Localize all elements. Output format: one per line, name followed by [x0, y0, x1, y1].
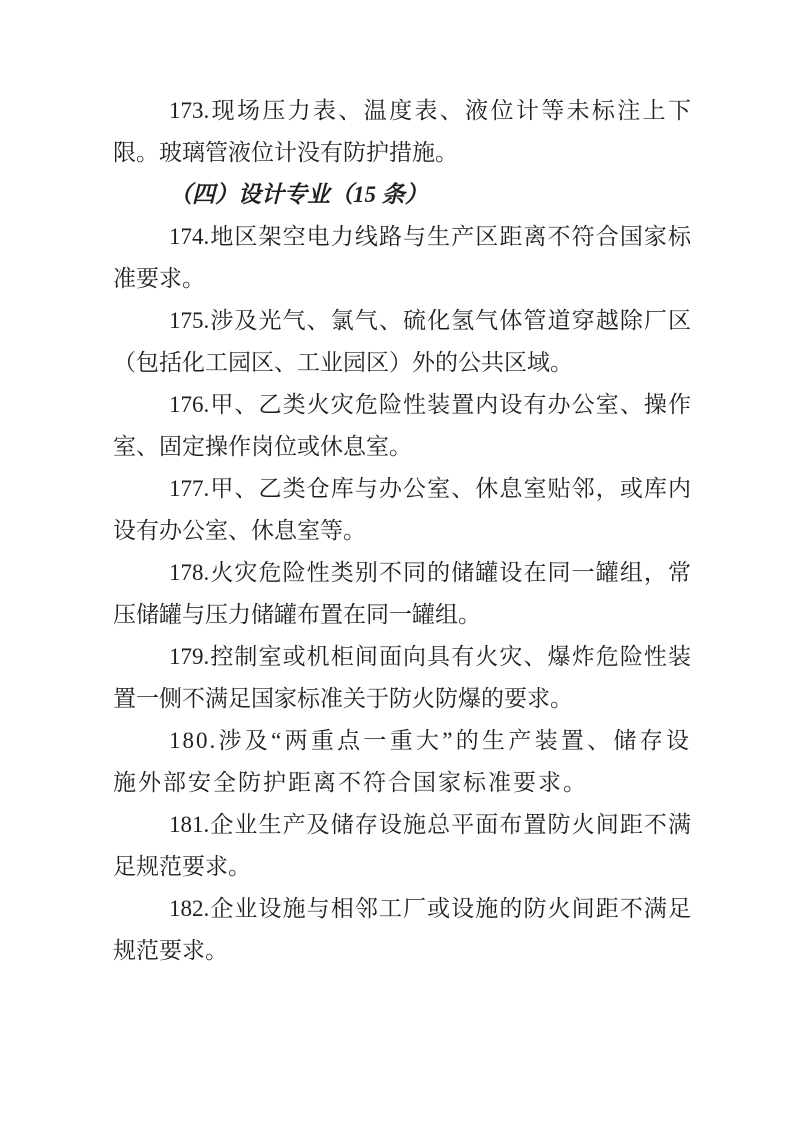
- list-item: 182.企业设施与相邻工厂或设施的防火间距不满足规范要求。: [113, 888, 691, 972]
- list-item: 180.涉及“两重点一重大”的生产装置、储存设施外部安全防护距离不符合国家标准要…: [113, 720, 691, 804]
- list-item: 175.涉及光气、氯气、硫化氢气体管道穿越除厂区（包括化工园区、工业园区）外的公…: [113, 300, 691, 384]
- list-item: 176.甲、乙类火灾危险性装置内设有办公室、操作室、固定操作岗位或休息室。: [113, 384, 691, 468]
- document-content: 173.现场压力表、温度表、液位计等未标注上下限。玻璃管液位计没有防护措施。（四…: [113, 90, 691, 972]
- list-item: 181.企业生产及储存设施总平面布置防火间距不满足规范要求。: [113, 804, 691, 888]
- section-heading: （四）设计专业（15 条）: [113, 174, 691, 216]
- list-item: 174.地区架空电力线路与生产区距离不符合国家标准要求。: [113, 216, 691, 300]
- list-item: 177.甲、乙类仓库与办公室、休息室贴邻，或库内设有办公室、休息室等。: [113, 468, 691, 552]
- list-item: 173.现场压力表、温度表、液位计等未标注上下限。玻璃管液位计没有防护措施。: [113, 90, 691, 174]
- list-item: 179.控制室或机柜间面向具有火灾、爆炸危险性装置一侧不满足国家标准关于防火防爆…: [113, 636, 691, 720]
- document-page: 173.现场压力表、温度表、液位计等未标注上下限。玻璃管液位计没有防护措施。（四…: [0, 0, 800, 1131]
- list-item: 178.火灾危险性类别不同的储罐设在同一罐组，常压储罐与压力储罐布置在同一罐组。: [113, 552, 691, 636]
